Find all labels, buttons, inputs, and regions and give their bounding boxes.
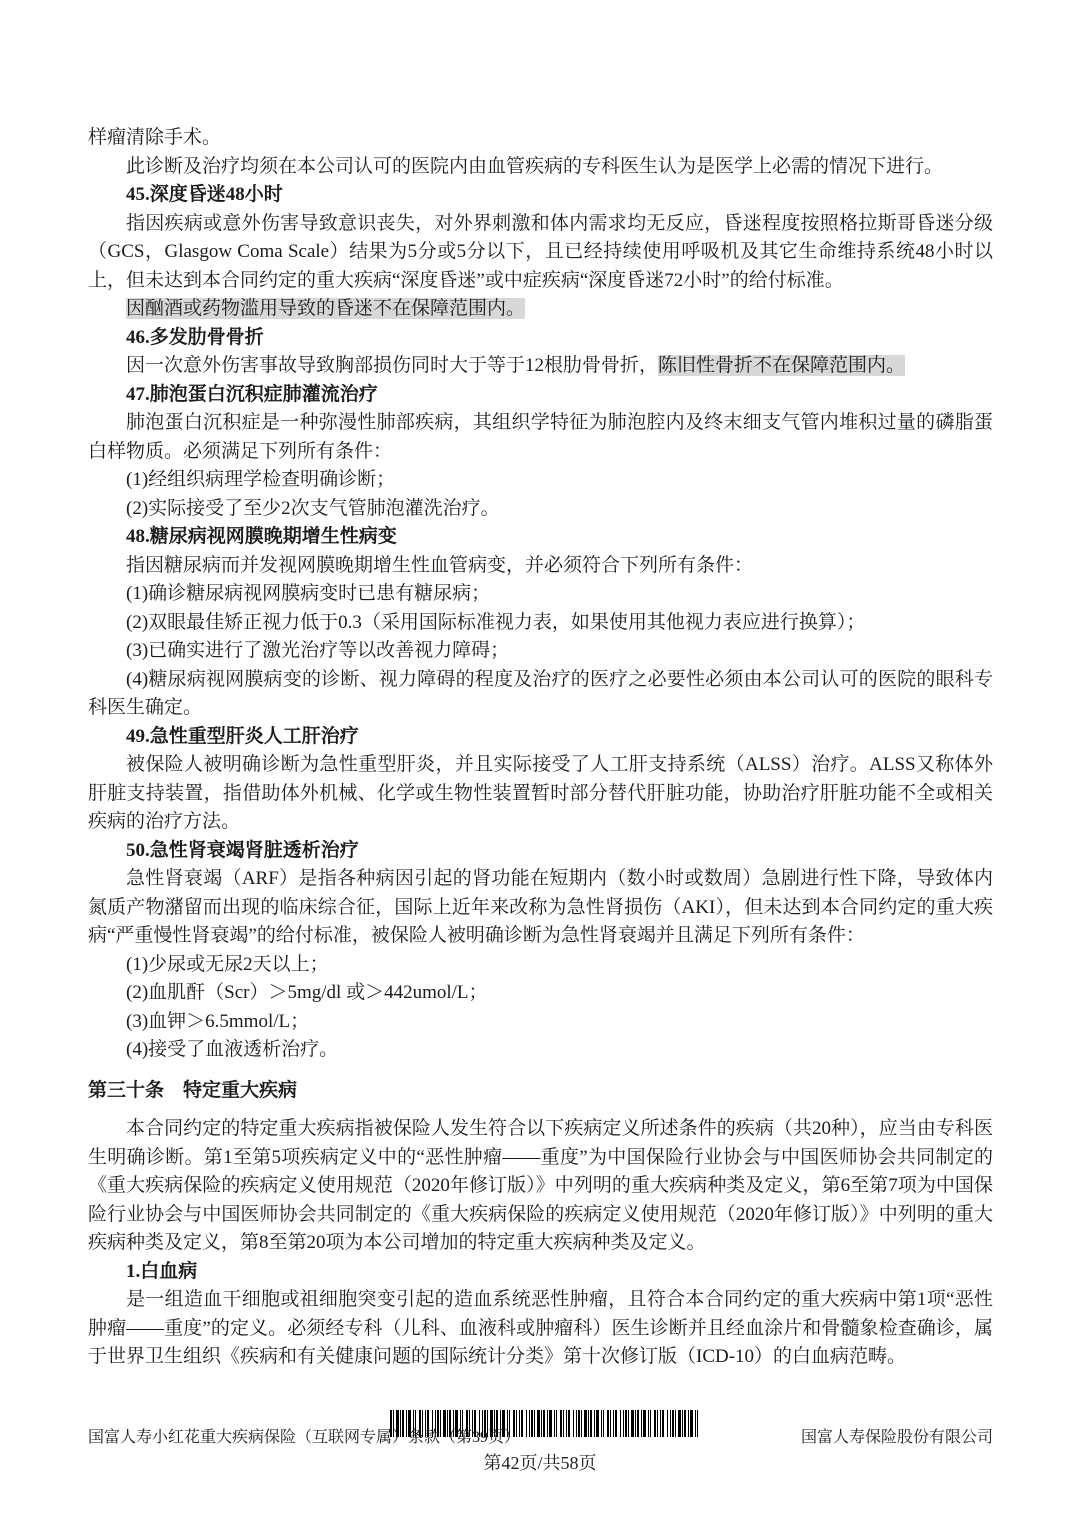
text-run: 49.急性重型肝炎人工肝治疗 xyxy=(126,726,359,747)
clause-heading: 48.糖尿病视网膜晚期增生性病变 xyxy=(88,523,993,552)
paragraph: (1)经组织病理学检查明确诊断； xyxy=(88,466,993,495)
paragraph: 急性肾衰竭（ARF）是指各种病因引起的肾功能在短期内（数小时或数周）急剧进行性下… xyxy=(88,865,993,951)
paragraph: 是一组造血干细胞或祖细胞突变引起的造血系统恶性肿瘤，且符合本合同约定的重大疾病中… xyxy=(88,1286,993,1372)
text-run: 被保险人被明确诊断为急性重型肝炎，并且实际接受了人工肝支持系统（ALSS）治疗。… xyxy=(88,754,993,832)
clause-heading: 49.急性重型肝炎人工肝治疗 xyxy=(88,723,993,752)
paragraph: (4)糖尿病视网膜病变的诊断、视力障碍的程度及治疗的医疗之必要性必须由本公司认可… xyxy=(88,666,993,723)
paragraph: 样瘤清除手术。 xyxy=(88,124,993,153)
text-run: 急性肾衰竭（ARF）是指各种病因引起的肾功能在短期内（数小时或数周）急剧进行性下… xyxy=(88,868,993,946)
clause-heading: 46.多发肋骨骨折 xyxy=(88,324,993,353)
page-indicator: 第42页/共58页 xyxy=(0,1450,1080,1476)
text-run: (1)确诊糖尿病视网膜病变时已患有糖尿病； xyxy=(126,583,490,604)
text-run: 47.肺泡蛋白沉积症肺灌流治疗 xyxy=(126,384,378,405)
highlighted-exclusion-text: 因酗酒或药物滥用导致的昏迷不在保障范围内。 xyxy=(126,298,525,319)
text-run: (1)少尿或无尿2天以上； xyxy=(126,954,329,975)
paragraph: 被保险人被明确诊断为急性重型肝炎，并且实际接受了人工肝支持系统（ALSS）治疗。… xyxy=(88,751,993,837)
footer-company-name: 国富人寿保险股份有限公司 xyxy=(801,1427,993,1449)
paragraph: 本合同约定的特定重大疾病指被保险人发生符合以下疾病定义所述条件的疾病（共20种）… xyxy=(88,1115,993,1258)
paragraph: (3)已确实进行了激光治疗等以改善视力障碍； xyxy=(88,637,993,666)
text-run: 因一次意外伤害事故导致胸部损伤同时大于等于12根肋骨骨折， xyxy=(126,355,658,376)
text-run: 指因糖尿病而并发视网膜晚期增生性血管病变，并必须符合下列所有条件： xyxy=(126,555,753,576)
text-run: (3)已确实进行了激光治疗等以改善视力障碍； xyxy=(126,640,509,661)
text-run: 是一组造血干细胞或祖细胞突变引起的造血系统恶性肿瘤，且符合本合同约定的重大疾病中… xyxy=(88,1289,993,1367)
text-run: 指因疾病或意外伤害导致意识丧失，对外界刺激和体内需求均无反应，昏迷程度按照格拉斯… xyxy=(88,213,993,291)
text-run: (4)糖尿病视网膜病变的诊断、视力障碍的程度及治疗的医疗之必要性必须由本公司认可… xyxy=(88,669,993,719)
text-run: (1)经组织病理学检查明确诊断； xyxy=(126,469,395,490)
text-run: 1.白血病 xyxy=(126,1261,197,1282)
paragraph: (3)血钾＞6.5mmol/L； xyxy=(88,1008,993,1037)
text-run: 45.深度昏迷48小时 xyxy=(126,184,283,205)
paragraph: 指因糖尿病而并发视网膜晚期增生性血管病变，并必须符合下列所有条件： xyxy=(88,552,993,581)
clause-heading: 50.急性肾衰竭肾脏透析治疗 xyxy=(88,837,993,866)
paragraph: (1)少尿或无尿2天以上； xyxy=(88,951,993,980)
clause-heading: 1.白血病 xyxy=(88,1258,993,1287)
document-page: 样瘤清除手术。此诊断及治疗均须在本公司认可的医院内由血管疾病的专科医生认为是医学… xyxy=(0,0,1080,1528)
paragraph: 此诊断及治疗均须在本公司认可的医院内由血管疾病的专科医生认为是医学上必需的情况下… xyxy=(88,153,993,182)
text-run: (3)血钾＞6.5mmol/L； xyxy=(126,1011,309,1032)
footer-product-name: 国富人寿小红花重大疾病保险（互联网专属）条款（第39页） xyxy=(88,1427,520,1449)
text-run: (2)实际接受了至少2次支气管肺泡灌洗治疗。 xyxy=(126,498,500,519)
text-run: (2)双眼最佳矫正视力低于0.3（采用国际标准视力表，如果使用其他视力表应进行换… xyxy=(126,612,865,633)
policy-clauses-text: 样瘤清除手术。此诊断及治疗均须在本公司认可的医院内由血管疾病的专科医生认为是医学… xyxy=(88,124,993,1372)
text-run: 此诊断及治疗均须在本公司认可的医院内由血管疾病的专科医生认为是医学上必需的情况下… xyxy=(126,156,943,177)
paragraph: 因一次意外伤害事故导致胸部损伤同时大于等于12根肋骨骨折，陈旧性骨折不在保障范围… xyxy=(88,352,993,381)
clause-heading: 45.深度昏迷48小时 xyxy=(88,181,993,210)
paragraph: (2)血肌酐（Scr）＞5mg/dl 或＞442umol/L； xyxy=(88,979,993,1008)
text-run: 本合同约定的特定重大疾病指被保险人发生符合以下疾病定义所述条件的疾病（共20种）… xyxy=(88,1118,993,1253)
paragraph: (2)双眼最佳矫正视力低于0.3（采用国际标准视力表，如果使用其他视力表应进行换… xyxy=(88,609,993,638)
text-run: (2)血肌酐（Scr）＞5mg/dl 或＞442umol/L； xyxy=(126,982,488,1003)
paragraph: (2)实际接受了至少2次支气管肺泡灌洗治疗。 xyxy=(88,495,993,524)
text-run: 第三十条 特定重大疾病 xyxy=(88,1080,297,1101)
text-run: 样瘤清除手术。 xyxy=(88,127,221,148)
paragraph: 因酗酒或药物滥用导致的昏迷不在保障范围内。 xyxy=(88,295,993,324)
text-run: 50.急性肾衰竭肾脏透析治疗 xyxy=(126,840,359,861)
text-run: 46.多发肋骨骨折 xyxy=(126,327,264,348)
text-run: 肺泡蛋白沉积症是一种弥漫性肺部疾病，其组织学特征为肺泡腔内及终末细支气管内堆积过… xyxy=(88,412,993,462)
paragraph: (1)确诊糖尿病视网膜病变时已患有糖尿病； xyxy=(88,580,993,609)
text-run: (4)接受了血液透析治疗。 xyxy=(126,1039,338,1060)
article-heading: 第三十条 特定重大疾病 xyxy=(88,1077,993,1106)
paragraph: 肺泡蛋白沉积症是一种弥漫性肺部疾病，其组织学特征为肺泡腔内及终末细支气管内堆积过… xyxy=(88,409,993,466)
text-run: 48.糖尿病视网膜晚期增生性病变 xyxy=(126,526,397,547)
highlighted-exclusion-text: 陈旧性骨折不在保障范围内。 xyxy=(658,355,905,376)
clause-heading: 47.肺泡蛋白沉积症肺灌流治疗 xyxy=(88,381,993,410)
paragraph: 指因疾病或意外伤害导致意识丧失，对外界刺激和体内需求均无反应，昏迷程度按照格拉斯… xyxy=(88,210,993,296)
footer: 国富人寿小红花重大疾病保险（互联网专属）条款（第39页） 国富人寿保险股份有限公… xyxy=(88,1427,993,1449)
paragraph: (4)接受了血液透析治疗。 xyxy=(88,1036,993,1065)
